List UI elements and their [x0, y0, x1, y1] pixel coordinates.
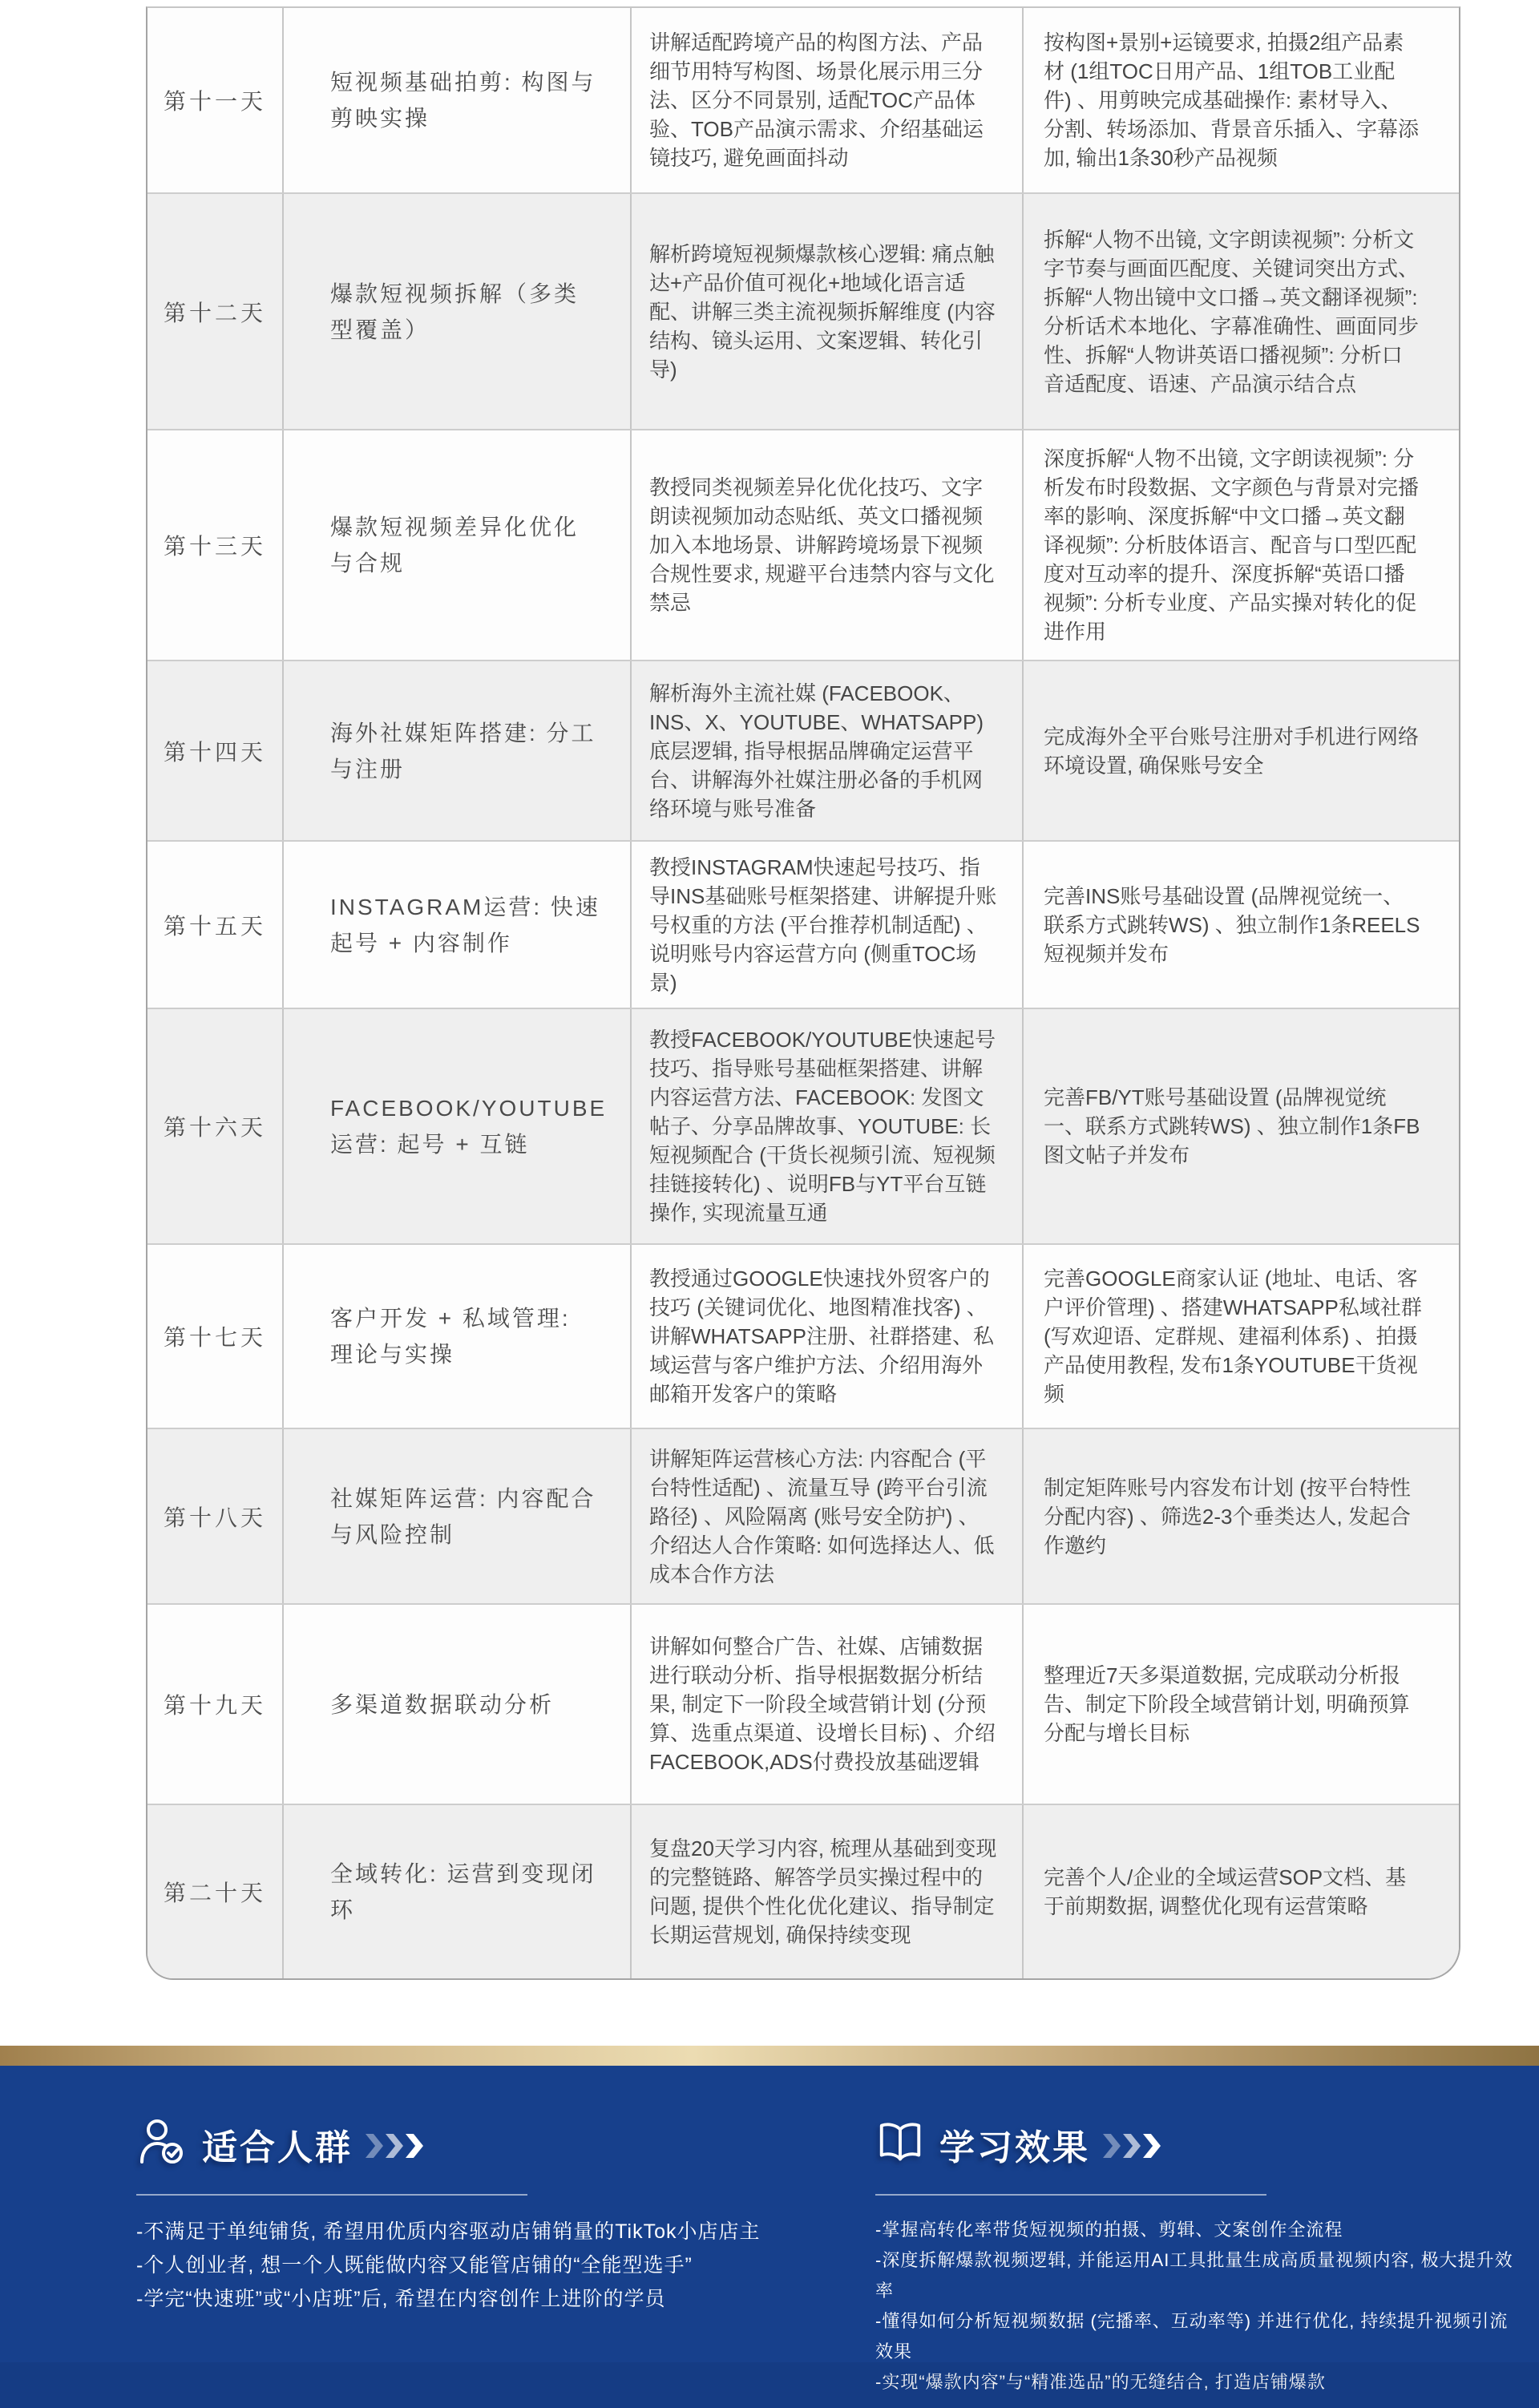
- bullet-item: -不满足于单纯铺货, 希望用优质内容驱动店铺销量的TikTok小店店主: [136, 2215, 810, 2248]
- day-cell: 第十二天: [147, 194, 284, 429]
- course-title-cell: 爆款短视频拆解（多类型覆盖）: [284, 194, 632, 429]
- course-result: 拆解“人物不出镜, 文字朗读视频”: 分析文字节奏与画面匹配度、关键词突出方式、…: [1044, 225, 1422, 398]
- day-cell: 第十三天: [147, 430, 284, 660]
- course-content: 教授INSTAGRAM快速起号技巧、指导INS基础账号框架搭建、讲解提升账号权重…: [649, 853, 1000, 997]
- table-row: 第十一天短视频基础拍剪: 构图与剪映实操讲解适配跨境产品的构图方法、产品细节用特…: [147, 8, 1459, 194]
- day-label: 第十六天: [164, 1110, 266, 1142]
- course-content-cell: 讲解如何整合广告、社媒、店铺数据进行联动分析、指导根据数据分析结果, 制定下一阶…: [632, 1605, 1024, 1804]
- course-content-cell: 复盘20天学习内容, 梳理从基础到变现的完整链路、解答学员实操过程中的问题, 提…: [632, 1805, 1024, 1978]
- course-content-cell: 教授FACEBOOK/YOUTUBE快速起号技巧、指导账号基础框架搭建、讲解内容…: [632, 1009, 1024, 1243]
- bullet-item: -深度拆解爆款视频逻辑, 并能运用AI工具批量生成高质量视频内容, 极大提升效率: [875, 2245, 1525, 2306]
- course-content: 讲解适配跨境产品的构图方法、产品细节用特写构图、场景化展示用三分法、区分不同景别…: [649, 28, 1000, 172]
- course-content: 教授FACEBOOK/YOUTUBE快速起号技巧、指导账号基础框架搭建、讲解内容…: [649, 1025, 1000, 1227]
- triple-chevron-icon: [366, 2134, 423, 2158]
- course-content-cell: 解析海外主流社媒 (FACEBOOK、INS、X、YOUTUBE、WHATSAP…: [632, 661, 1024, 840]
- audience-bullet-list: -不满足于单纯铺货, 希望用优质内容驱动店铺销量的TikTok小店店主-个人创业…: [136, 2215, 810, 2316]
- course-content-cell: 讲解矩阵运营核心方法: 内容配合 (平台特性适配) 、流量互导 (跨平台引流路径…: [632, 1429, 1024, 1603]
- course-result: 深度拆解“人物不出镜, 文字朗读视频”: 分析发布时段数据、文字颜色与背景对完播…: [1044, 444, 1422, 646]
- day-label: 第十四天: [164, 735, 266, 767]
- course-title-cell: 爆款短视频差异化优化与合规: [284, 430, 632, 660]
- day-label: 第十二天: [164, 296, 266, 328]
- audience-heading: 适合人群: [136, 2114, 810, 2175]
- day-cell: 第十九天: [147, 1605, 284, 1804]
- table-row: 第十五天INSTAGRAM运营: 快速起号 + 内容制作教授INSTAGRAM快…: [147, 842, 1459, 1009]
- course-content-cell: 教授INSTAGRAM快速起号技巧、指导INS基础账号框架搭建、讲解提升账号权重…: [632, 842, 1024, 1008]
- open-book-icon: [875, 2118, 925, 2172]
- course-content: 讲解矩阵运营核心方法: 内容配合 (平台特性适配) 、流量互导 (跨平台引流路径…: [649, 1444, 1000, 1589]
- outcomes-divider: [875, 2194, 1266, 2196]
- course-result-cell: 整理近7天多渠道数据, 完成联动分析报告、制定下阶段全域营销计划, 明确预算分配…: [1024, 1605, 1459, 1804]
- course-content: 复盘20天学习内容, 梳理从基础到变现的完整链路、解答学员实操过程中的问题, 提…: [649, 1834, 1000, 1949]
- day-cell: 第十一天: [147, 8, 284, 192]
- course-content-cell: 讲解适配跨境产品的构图方法、产品细节用特写构图、场景化展示用三分法、区分不同景别…: [632, 8, 1024, 192]
- course-result-cell: 完善FB/YT账号基础设置 (品牌视觉统一、联系方式跳转WS) 、独立制作1条F…: [1024, 1009, 1459, 1243]
- course-result: 制定矩阵账号内容发布计划 (按平台特性分配内容) 、筛选2-3个垂类达人, 发起…: [1044, 1473, 1422, 1560]
- day-label: 第十九天: [164, 1688, 266, 1720]
- table-row: 第十六天FACEBOOK/YOUTUBE运营: 起号 + 互链教授FACEBOO…: [147, 1009, 1459, 1245]
- course-result-cell: 完善INS账号基础设置 (品牌视觉统一、联系方式跳转WS) 、独立制作1条REE…: [1024, 842, 1459, 1008]
- day-cell: 第十八天: [147, 1429, 284, 1603]
- course-title: 海外社媒矩阵搭建: 分工与注册: [330, 715, 603, 787]
- audience-divider: [136, 2194, 527, 2196]
- course-result: 完成海外全平台账号注册对手机进行网络环境设置, 确保账号安全: [1044, 722, 1422, 780]
- course-schedule-table: 第十一天短视频基础拍剪: 构图与剪映实操讲解适配跨境产品的构图方法、产品细节用特…: [146, 6, 1460, 1980]
- course-result: 完善FB/YT账号基础设置 (品牌视觉统一、联系方式跳转WS) 、独立制作1条F…: [1044, 1083, 1422, 1170]
- course-result: 完善个人/企业的全域运营SOP文档、基于前期数据, 调整优化现有运营策略: [1044, 1863, 1422, 1921]
- course-poster-page: 第十一天短视频基础拍剪: 构图与剪映实操讲解适配跨境产品的构图方法、产品细节用特…: [0, 0, 1539, 2408]
- course-content: 教授通过GOOGLE快速找外贸客户的技巧 (关键词优化、地图精准找客) 、讲解W…: [649, 1264, 1000, 1408]
- course-content: 教授同类视频差异化优化技巧、文字朗读视频加动态贴纸、英文口播视频加入本地场景、讲…: [649, 473, 1000, 617]
- table-row: 第二十天全域转化: 运营到变现闭环复盘20天学习内容, 梳理从基础到变现的完整链…: [147, 1805, 1459, 1978]
- bullet-item: -懂得如何分析短视频数据 (完播率、互动率等) 并进行优化, 持续提升视频引流效…: [875, 2306, 1525, 2367]
- course-title-cell: 社媒矩阵运营: 内容配合与风险控制: [284, 1429, 632, 1603]
- bullet-item: -个人创业者, 想一个人既能做内容又能管店铺的“全能型选手”: [136, 2248, 810, 2282]
- course-title: INSTAGRAM运营: 快速起号 + 内容制作: [330, 889, 603, 961]
- outcomes-section: 学习效果 -掌握高转化率带货短视频的拍摄、剪辑、文案创作全流程-深度拆解爆款视频…: [875, 2114, 1525, 2398]
- course-result-cell: 完成海外全平台账号注册对手机进行网络环境设置, 确保账号安全: [1024, 661, 1459, 840]
- audience-title: 适合人群: [202, 2119, 353, 2170]
- course-title: 客户开发 + 私域管理: 理论与实操: [330, 1300, 603, 1372]
- table-row: 第十三天爆款短视频差异化优化与合规教授同类视频差异化优化技巧、文字朗读视频加动态…: [147, 430, 1459, 661]
- day-label: 第十八天: [164, 1501, 266, 1533]
- day-label: 第十一天: [164, 84, 266, 116]
- day-label: 第十五天: [164, 909, 266, 941]
- day-label: 第十三天: [164, 529, 266, 561]
- course-title: 社媒矩阵运营: 内容配合与风险控制: [330, 1481, 603, 1553]
- day-label: 第十七天: [164, 1320, 266, 1352]
- course-result-cell: 深度拆解“人物不出镜, 文字朗读视频”: 分析发布时段数据、文字颜色与背景对完播…: [1024, 430, 1459, 660]
- table-row: 第十七天客户开发 + 私域管理: 理论与实操教授通过GOOGLE快速找外贸客户的…: [147, 1245, 1459, 1429]
- audience-section: 适合人群 -不满足于单纯铺货, 希望用优质内容驱动店铺销量的TikTok小店店主…: [136, 2114, 810, 2316]
- course-title-cell: 海外社媒矩阵搭建: 分工与注册: [284, 661, 632, 840]
- triple-chevron-icon: [1103, 2134, 1161, 2158]
- bottom-banner: 适合人群 -不满足于单纯铺货, 希望用优质内容驱动店铺销量的TikTok小店店主…: [0, 2066, 1539, 2408]
- course-result: 按构图+景别+运镜要求, 拍摄2组产品素材 (1组TOC日用产品、1组TOB工业…: [1044, 28, 1422, 172]
- person-check-icon: [136, 2117, 188, 2172]
- outcomes-title: 学习效果: [939, 2119, 1090, 2170]
- course-result-cell: 按构图+景别+运镜要求, 拍摄2组产品素材 (1组TOC日用产品、1组TOB工业…: [1024, 8, 1459, 192]
- bullet-item: -学完“快速班”或“小店班”后, 希望在内容创作上进阶的学员: [136, 2282, 810, 2316]
- day-cell: 第十七天: [147, 1245, 284, 1428]
- gold-divider-bar: [0, 2046, 1539, 2066]
- course-result-cell: 拆解“人物不出镜, 文字朗读视频”: 分析文字节奏与画面匹配度、关键词突出方式、…: [1024, 194, 1459, 429]
- course-result: 完善GOOGLE商家认证 (地址、电话、客户评价管理) 、搭建WHATSAPP私…: [1044, 1264, 1422, 1408]
- table-row: 第十二天爆款短视频拆解（多类型覆盖）解析跨境短视频爆款核心逻辑: 痛点触达+产品…: [147, 194, 1459, 430]
- course-title-cell: 多渠道数据联动分析: [284, 1605, 632, 1804]
- course-title-cell: FACEBOOK/YOUTUBE运营: 起号 + 互链: [284, 1009, 632, 1243]
- outcomes-heading: 学习效果: [875, 2114, 1525, 2175]
- course-content-cell: 解析跨境短视频爆款核心逻辑: 痛点触达+产品价值可视化+地域化语言适配、讲解三类…: [632, 194, 1024, 429]
- day-label: 第二十天: [164, 1876, 266, 1908]
- course-title: 多渠道数据联动分析: [330, 1687, 554, 1723]
- course-title: 爆款短视频差异化优化与合规: [330, 509, 603, 581]
- course-title: 全域转化: 运营到变现闭环: [330, 1856, 603, 1928]
- day-cell: 第十四天: [147, 661, 284, 840]
- course-title-cell: 客户开发 + 私域管理: 理论与实操: [284, 1245, 632, 1428]
- course-result: 完善INS账号基础设置 (品牌视觉统一、联系方式跳转WS) 、独立制作1条REE…: [1044, 882, 1422, 968]
- table-row: 第十八天社媒矩阵运营: 内容配合与风险控制讲解矩阵运营核心方法: 内容配合 (平…: [147, 1429, 1459, 1605]
- table-row: 第十九天多渠道数据联动分析讲解如何整合广告、社媒、店铺数据进行联动分析、指导根据…: [147, 1605, 1459, 1805]
- day-cell: 第二十天: [147, 1805, 284, 1978]
- course-title-cell: INSTAGRAM运营: 快速起号 + 内容制作: [284, 842, 632, 1008]
- course-content-cell: 教授同类视频差异化优化技巧、文字朗读视频加动态贴纸、英文口播视频加入本地场景、讲…: [632, 430, 1024, 660]
- table-row: 第十四天海外社媒矩阵搭建: 分工与注册解析海外主流社媒 (FACEBOOK、IN…: [147, 661, 1459, 842]
- course-result-cell: 完善GOOGLE商家认证 (地址、电话、客户评价管理) 、搭建WHATSAPP私…: [1024, 1245, 1459, 1428]
- course-content: 解析海外主流社媒 (FACEBOOK、INS、X、YOUTUBE、WHATSAP…: [649, 679, 1000, 823]
- course-title: 短视频基础拍剪: 构图与剪映实操: [330, 64, 603, 136]
- course-content: 讲解如何整合广告、社媒、店铺数据进行联动分析、指导根据数据分析结果, 制定下一阶…: [649, 1632, 1000, 1776]
- course-title-cell: 全域转化: 运营到变现闭环: [284, 1805, 632, 1978]
- course-result-cell: 制定矩阵账号内容发布计划 (按平台特性分配内容) 、筛选2-3个垂类达人, 发起…: [1024, 1429, 1459, 1603]
- bullet-item: -掌握高转化率带货短视频的拍摄、剪辑、文案创作全流程: [875, 2215, 1525, 2245]
- course-content-cell: 教授通过GOOGLE快速找外贸客户的技巧 (关键词优化、地图精准找客) 、讲解W…: [632, 1245, 1024, 1428]
- course-title: FACEBOOK/YOUTUBE运营: 起号 + 互链: [330, 1090, 607, 1162]
- course-result: 整理近7天多渠道数据, 完成联动分析报告、制定下阶段全域营销计划, 明确预算分配…: [1044, 1661, 1422, 1747]
- day-cell: 第十六天: [147, 1009, 284, 1243]
- course-title-cell: 短视频基础拍剪: 构图与剪映实操: [284, 8, 632, 192]
- footer-band: [0, 2362, 1539, 2408]
- course-title: 爆款短视频拆解（多类型覆盖）: [330, 276, 603, 348]
- day-cell: 第十五天: [147, 842, 284, 1008]
- course-content: 解析跨境短视频爆款核心逻辑: 痛点触达+产品价值可视化+地域化语言适配、讲解三类…: [649, 240, 1000, 384]
- course-result-cell: 完善个人/企业的全域运营SOP文档、基于前期数据, 调整优化现有运营策略: [1024, 1805, 1459, 1978]
